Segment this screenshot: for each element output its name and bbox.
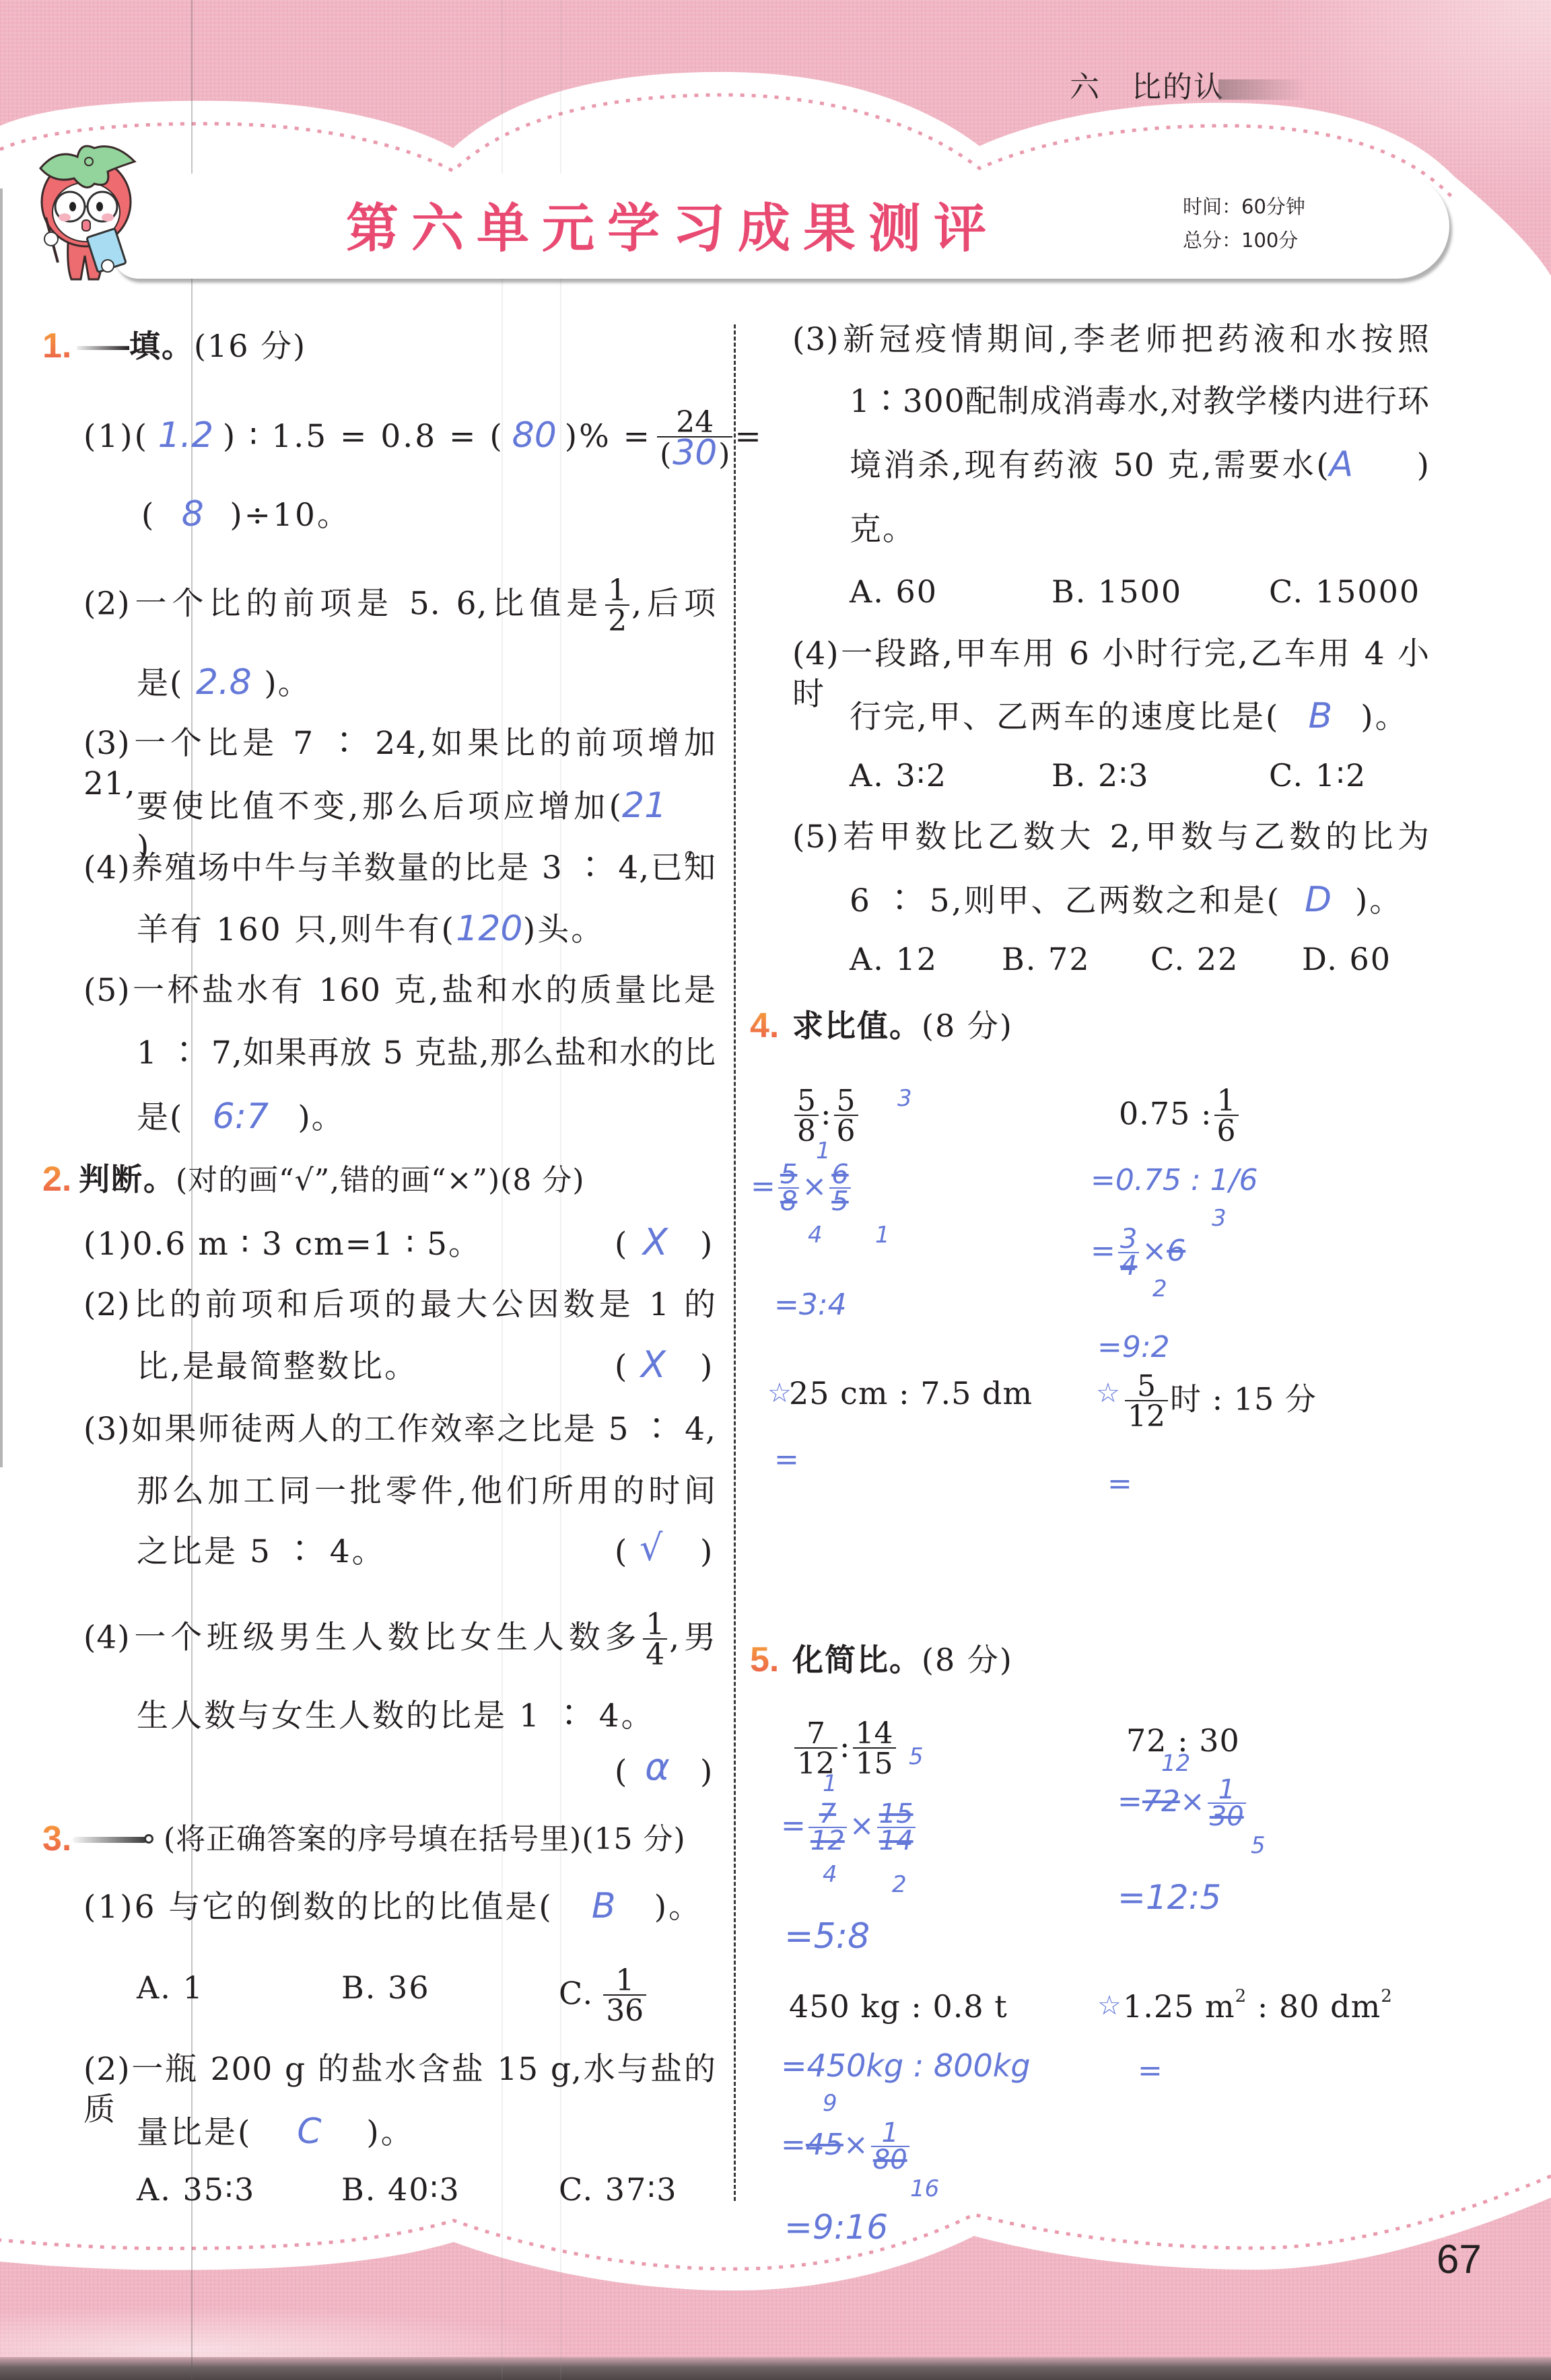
denominator: 2 (605, 606, 629, 635)
equals: = (1117, 1784, 1142, 1819)
option-b: B. 72 (1002, 939, 1091, 979)
option-c: C. 15000 (1269, 571, 1420, 612)
s3-q3-line1: (3)新冠疫情期间,李老师把药液和水按照 (792, 320, 1430, 360)
s1-q1-line1: (1)(1.2) ∶ 1.5 = 0.8 = (80)% =24(30)= (83, 409, 716, 450)
section-3-heading: (将正确答案的序号填在括号里)(15 分) (164, 1819, 686, 1859)
answer-blank: B (553, 1886, 654, 1928)
section-1-title: 填。 (129, 328, 194, 364)
answer-blank: 21 (622, 785, 716, 827)
paren: ) (718, 438, 730, 472)
handwritten-fraction: 1514 (877, 1801, 916, 1854)
s2-q2-line2: 比,是最简整数比。 (137, 1347, 716, 1387)
s3-q3-line3: 境消杀,现有药液 50 克,需要水(A) (850, 444, 1430, 485)
times: × (1180, 1784, 1205, 1819)
denominator: 15 (853, 1749, 896, 1778)
text: = (734, 418, 763, 455)
number: 45 (806, 2128, 843, 2162)
handwritten-answer: C (297, 2111, 321, 2152)
numerator: 1 (643, 1611, 667, 1640)
option-c: C. 22 (1150, 939, 1239, 979)
handwritten-cancel-number: 2 (892, 1871, 907, 1898)
section-3-number: 3. (42, 1819, 71, 1859)
answer-paren-left: ( (615, 1532, 627, 1572)
handwritten-fraction: 65 (829, 1162, 850, 1214)
handwritten-answer: 6:7 (213, 1096, 269, 1137)
s1-q2-line2: 是(2.8)。 (137, 662, 716, 703)
s4-item1-work-step1: =58×65 (751, 1162, 854, 1214)
handwritten-cancel-number: 3 (1212, 1205, 1227, 1232)
handwritten-answer: 1.2 (158, 415, 214, 456)
denominator: 8 (778, 1189, 799, 1214)
s3-q4-line2: 行完,甲、乙两车的速度比是(B)。 (850, 696, 1430, 736)
fraction: 712 (794, 1720, 837, 1778)
times: × (1142, 1234, 1167, 1268)
handwritten-cancel-number: 5 (1251, 1832, 1266, 1859)
numerator: 5 (834, 1088, 858, 1116)
s1-q1-line2: (8)÷10。 (141, 494, 351, 534)
handwritten-cancel-number: 9 (823, 2090, 837, 2117)
s4-item3-expression: 25 cm : 7.5 dm (789, 1373, 1033, 1413)
s2-q4-line1: (4)一个班级男生人数比女生人数多14,男 (83, 1611, 716, 1652)
strawberry-mascot-icon (27, 131, 148, 286)
equals: = (751, 1169, 775, 1203)
equals: = (781, 1809, 806, 1843)
s1-q3-line2: 要使比值不变,那么后项应增加(21)。 (137, 785, 716, 826)
heading-mark-circle (144, 1834, 153, 1844)
star-mark-icon: ☆ (1097, 1991, 1122, 2021)
option-b: B. 1500 (1052, 571, 1182, 612)
text: ,后项 (631, 586, 716, 623)
section-1-heading: ——填。(16 分) (75, 326, 306, 366)
superscript: 2 (1381, 1986, 1393, 2006)
text: 羊有 160 只,则牛有( (137, 911, 456, 948)
s1-q2-line1: (2)一个比的前项是 5. 6,比值是12,后项 (83, 577, 716, 618)
text: 时 : 15 分 (1170, 1381, 1317, 1417)
option-a: A. 60 (850, 571, 938, 612)
ratio-sign: : (839, 1728, 851, 1765)
text: 是( (137, 665, 183, 702)
handwritten-answer: D (1305, 880, 1332, 920)
fraction: 16 (1214, 1088, 1239, 1145)
time-limit: 时间：60分钟 (1183, 195, 1305, 219)
handwritten-cancel-number: 1 (823, 1770, 837, 1797)
s1-q3-line1: (3)一个比是 7 ∶ 24,如果比的前项增加 21, (83, 724, 716, 764)
s3-q3-line4: 克。 (850, 510, 1430, 550)
handwritten-answer: √ (640, 1528, 662, 1568)
denominator: 4 (1118, 1253, 1139, 1279)
answer-blank: 1.2 (149, 415, 223, 457)
fraction: 12 (605, 577, 629, 635)
s1-q4-line1: (4)养殖场中牛与羊数量的比是 3 ∶ 4,已知 (83, 848, 716, 888)
denominator: 6 (834, 1116, 858, 1145)
text: 0.75 : (1119, 1096, 1212, 1132)
handwritten-answer: 80 (512, 415, 557, 456)
denominator: 30 (1208, 1804, 1246, 1829)
s3-q2-line2: 量比是(C)。 (137, 2111, 716, 2152)
handwritten-cancel-number: 4 (823, 1861, 837, 1888)
s5-item3-work-step2: =45×180 (781, 2120, 912, 2173)
page-title: 第六单元学习成果测评 (346, 197, 999, 260)
numerator: 7 (808, 1801, 847, 1828)
text: )头。 (523, 911, 605, 948)
answer-paren-right: ) (700, 1347, 712, 1387)
text: (2)一个比的前项是 5. 6,比值是 (83, 586, 603, 623)
denominator: 12 (808, 1828, 847, 1854)
option-a: A. 12 (850, 939, 938, 979)
text: 行完,甲、乙两车的速度比是( (850, 699, 1280, 736)
answer-paren-left: ( (615, 1347, 627, 1387)
answer-blank: 2.8 (183, 662, 264, 704)
s5-item1-expression: 712:1415 (792, 1720, 898, 1778)
times: × (802, 1169, 827, 1203)
answer-paren-right: ) (700, 1224, 712, 1265)
s3-q4-line1: (4)一段路,甲车用 6 小时行完,乙车用 4 小时 (792, 634, 1430, 674)
equals: = (1091, 1234, 1115, 1268)
denominator: 36 (603, 1996, 646, 2025)
s5-item4-expression: 1.25 m2 : 80 dm2 (1123, 1986, 1393, 2027)
handwritten-answer: α (645, 1747, 670, 1788)
numerator: 5 (1125, 1373, 1168, 1401)
page-curl-highlight (0, 2302, 606, 2362)
option-c: C.136 (559, 1967, 648, 2025)
s4-item1-result: =3:4 (774, 1287, 847, 1323)
s2-q3-line3: 之比是 5 ∶ 4。 (137, 1532, 716, 1572)
s4-item2-result: =9:2 (1097, 1329, 1170, 1366)
chapter-label: 六 比的认 (1070, 69, 1225, 106)
numerator: 5 (794, 1088, 819, 1116)
numerator: 6 (829, 1162, 850, 1189)
numerator: 15 (877, 1801, 916, 1828)
handwritten-answer: A (1330, 444, 1354, 485)
handwritten-answer: 30 (673, 433, 717, 473)
section-4-heading: 求比值。(8 分) (792, 1006, 1013, 1046)
handwritten-cancel-number: 16 (910, 2175, 939, 2202)
s5-item3-result: =9:16 (784, 2209, 888, 2245)
handwritten-fraction: 130 (1208, 1777, 1246, 1829)
answer-blank: C (252, 2111, 366, 2153)
s2-q3-line1: (3)如果师徒两人的工作效率之比是 5 ∶ 4, (83, 1409, 716, 1450)
option-a: A. 35∶3 (137, 2169, 255, 2210)
s2-q3-line2: 那么加工同一批零件,他们所用的时间 (137, 1471, 716, 1512)
section-4-number: 4. (750, 1006, 779, 1046)
number: 6 (1167, 1234, 1185, 1268)
s1-q5-line1: (5)一杯盐水有 160 克,盐和水的质量比是 (83, 971, 716, 1011)
handwritten-answer: B (1308, 696, 1332, 736)
numerator: 1 (871, 2120, 909, 2147)
text: 量比是( (137, 2114, 252, 2151)
s5-item1-work-step1: =712×1514 (781, 1801, 918, 1854)
fraction: 56 (834, 1088, 858, 1145)
text: : 80 dm (1247, 1988, 1381, 2025)
denominator: (30) (657, 438, 732, 468)
chapter-fade-bar (1218, 79, 1306, 100)
s3-q2-line1: (2)一瓶 200 g 的盐水含盐 15 g,水与盐的质 (83, 2050, 716, 2090)
handwritten-cancel-number: 1 (875, 1222, 890, 1249)
numerator: 1 (1208, 1777, 1246, 1804)
faded-heading-mark (73, 1837, 147, 1843)
section-5-number: 5. (750, 1640, 779, 1680)
handwritten-cancel-number: 1 (816, 1137, 831, 1164)
handwritten-cancel-number: 4 (808, 1222, 823, 1249)
numerator: 1 (605, 577, 629, 606)
text: (1)6 与它的倒数的比的比值是( (83, 1889, 553, 1926)
denominator: 4 (643, 1640, 667, 1669)
s3-q5-line2: 6 ∶ 5,则甲、乙两数之和是(D)。 (850, 880, 1430, 920)
column-divider (734, 324, 736, 2201)
number: 72 (1142, 1784, 1180, 1819)
answer-paren-left: ( (615, 1224, 627, 1265)
text: )。 (264, 665, 310, 702)
handwritten-cancel-number: 2 (1152, 1275, 1167, 1302)
section-2-number: 2. (42, 1159, 71, 1199)
option-c: C. 37∶3 (559, 2169, 678, 2210)
s3-q5-line1: (5)若甲数比乙数大 2,甲数与乙数的比为 (792, 817, 1430, 858)
s4-item3-work: = (774, 1442, 799, 1478)
text: )% = (565, 418, 652, 455)
s1-q4-line2: 羊有 160 只,则牛有(120)头。 (137, 909, 716, 949)
s5-item2-work-step1: =72×130 (1117, 1777, 1249, 1829)
section-1-score: (16 分) (194, 328, 306, 364)
text: 是( (137, 1099, 183, 1136)
section-5-heading: 化简比。(8 分) (792, 1640, 1013, 1680)
handwritten-cancel-number: 5 (909, 1743, 924, 1770)
handwritten-cancel-number: 3 (897, 1085, 912, 1112)
s5-item3-expression: 450 kg : 0.8 t (789, 1986, 1008, 2027)
handwritten-answer: 21 (622, 785, 666, 826)
star-mark-icon: ☆ (1096, 1378, 1120, 1408)
handwritten-answer: 120 (456, 909, 522, 949)
fraction: 1415 (853, 1720, 896, 1778)
fraction: 512 (1125, 1373, 1168, 1430)
fraction: 24(30) (657, 409, 732, 468)
s5-item2-result: =12:5 (1117, 1879, 1221, 1916)
s5-item1-result: =5:8 (784, 1918, 870, 1955)
equals: = (781, 2128, 806, 2162)
denominator: 6 (1214, 1116, 1239, 1145)
s4-item1-expression: 58:56 (792, 1088, 860, 1145)
denominator: 5 (829, 1189, 850, 1214)
handwritten-cancel-number: 12 (1161, 1750, 1190, 1777)
text: ( (141, 497, 156, 534)
text: )÷10。 (230, 497, 351, 534)
denominator: 8 (794, 1116, 819, 1145)
text: 1.25 m (1123, 1988, 1235, 2025)
handwritten-answer: B (592, 1886, 616, 1926)
ratio-sign: : (821, 1096, 832, 1132)
text: ) ∶ 1.5 = 0.8 = ( (223, 418, 504, 455)
numerator: 14 (853, 1720, 896, 1749)
handwritten-answer: X (641, 1345, 666, 1385)
s2-q4-line2: 生人数与女生人数的比是 1 ∶ 4。 (137, 1696, 716, 1737)
text: )。 (1360, 699, 1408, 736)
option-c: C. 1∶2 (1269, 755, 1367, 796)
option-d: D. 60 (1302, 939, 1391, 979)
s1-q5-line3: 是(6:7)。 (137, 1096, 716, 1137)
paren: ( (660, 438, 671, 472)
total-score: 总分：100分 (1183, 228, 1298, 252)
answer-blank: D (1281, 880, 1355, 921)
s4-item2-work-step1: =0.75 : 1/6 (1091, 1162, 1257, 1199)
text: 要使比值不变,那么后项应增加( (137, 788, 622, 825)
section-5-title: 化简比。 (792, 1642, 922, 1678)
text: (4)一个班级男生人数比女生人数多 (83, 1619, 641, 1656)
numerator: 3 (1118, 1226, 1139, 1253)
text: 境消杀,现有药液 50 克,需要水( (850, 447, 1330, 484)
answer-paren-left: ( (615, 1752, 627, 1792)
text: 6 ∶ 5,则甲、乙两数之和是( (850, 882, 1281, 919)
answer-blank: 30 (671, 440, 718, 468)
denominator: 12 (1125, 1401, 1168, 1430)
option-label: C. (559, 1975, 594, 2012)
answer-blank: 6:7 (183, 1096, 298, 1138)
handwritten-fraction: 34 (1118, 1226, 1139, 1279)
section-1-number: 1. (42, 326, 71, 366)
section-2-heading: 判断。(对的画“√”,错的画“×”)(8 分) (79, 1159, 585, 1199)
faded-heading-mark: —— (75, 326, 129, 366)
s3-q3-line2: 1∶300配制成消毒水,对教学楼内进行环 (850, 382, 1430, 422)
answer-blank: B (1280, 696, 1360, 738)
numerator: 7 (794, 1720, 837, 1749)
numerator: 1 (1214, 1088, 1239, 1116)
handwritten-answer: X (643, 1222, 668, 1263)
option-b: B. 2∶3 (1052, 755, 1150, 796)
text: ,男 (669, 1619, 716, 1656)
handwritten-answer: 8 (182, 494, 204, 534)
fraction: 14 (643, 1611, 667, 1669)
page-binding-edge (0, 188, 3, 1467)
text: )。 (298, 1099, 344, 1136)
text: (1)( (83, 418, 149, 455)
answer-blank: 120 (456, 909, 523, 950)
s4-item4-expression: 512时 : 15 分 (1123, 1373, 1317, 1430)
heading-mark-text: ——。 (73, 1819, 93, 1829)
s1-q5-line2: 1 ∶ 7,如果再放 5 克盐,那么盐和水的比 (137, 1033, 716, 1074)
numerator: 5 (778, 1162, 799, 1189)
times: × (843, 2128, 868, 2162)
denominator: 14 (877, 1828, 916, 1854)
answer-blank: 80 (504, 415, 565, 457)
answer-blank: 8 (156, 494, 230, 536)
s5-item3-work-step1: =450kg : 800kg (781, 2048, 1031, 2084)
star-mark-icon: ☆ (767, 1378, 792, 1408)
section-5-score: (8 分) (922, 1642, 1013, 1678)
s4-item2-work-step2: =34×6 (1091, 1226, 1185, 1279)
handwritten-fraction: 58 (778, 1162, 799, 1214)
page-number: 67 (1437, 2236, 1482, 2283)
fraction: 136 (603, 1967, 646, 2025)
times: × (850, 1809, 874, 1843)
s3-q1-line1: (1)6 与它的倒数的比的比值是(B)。 (83, 1886, 716, 1926)
answer-paren-right: ) (700, 1532, 712, 1572)
s2-q2-line1: (2)比的前项和后项的最大公因数是 1 的 (83, 1285, 716, 1325)
s5-item4-work: = (1138, 2053, 1163, 2089)
handwritten-answer: 2.8 (196, 662, 252, 703)
section-3-instructions: (将正确答案的序号填在括号里)(15 分) (164, 1822, 686, 1856)
numerator: 1 (603, 1967, 646, 1996)
option-a: A. 3∶2 (850, 755, 947, 796)
s4-item4-work: = (1107, 1466, 1132, 1502)
section-4-score: (8 分) (922, 1008, 1013, 1044)
text: )。 (1355, 882, 1403, 919)
text: ) (1417, 447, 1430, 484)
answer-blank: A (1330, 444, 1417, 486)
fraction: 58 (794, 1088, 819, 1145)
answer-paren-right: ) (700, 1752, 712, 1792)
handwritten-fraction: 180 (871, 2120, 909, 2173)
handwritten-fraction: 712 (808, 1801, 847, 1854)
superscript: 2 (1235, 1986, 1247, 2006)
section-2-instructions: (对的画“√”,错的画“×”)(8 分) (176, 1163, 585, 1197)
denominator: 80 (871, 2147, 909, 2173)
page-bottom-edge (0, 2357, 1551, 2380)
option-b: B. 36 (341, 1967, 430, 2008)
section-4-title: 求比值。 (792, 1008, 922, 1044)
s4-item2-expression: 0.75 :16 (1119, 1088, 1241, 1145)
option-b: B. 40∶3 (341, 2169, 460, 2210)
text: )。 (654, 1889, 702, 1926)
option-a: A. 1 (137, 1967, 204, 2008)
text: )。 (366, 2114, 414, 2151)
section-2-title: 判断。 (79, 1161, 176, 1197)
